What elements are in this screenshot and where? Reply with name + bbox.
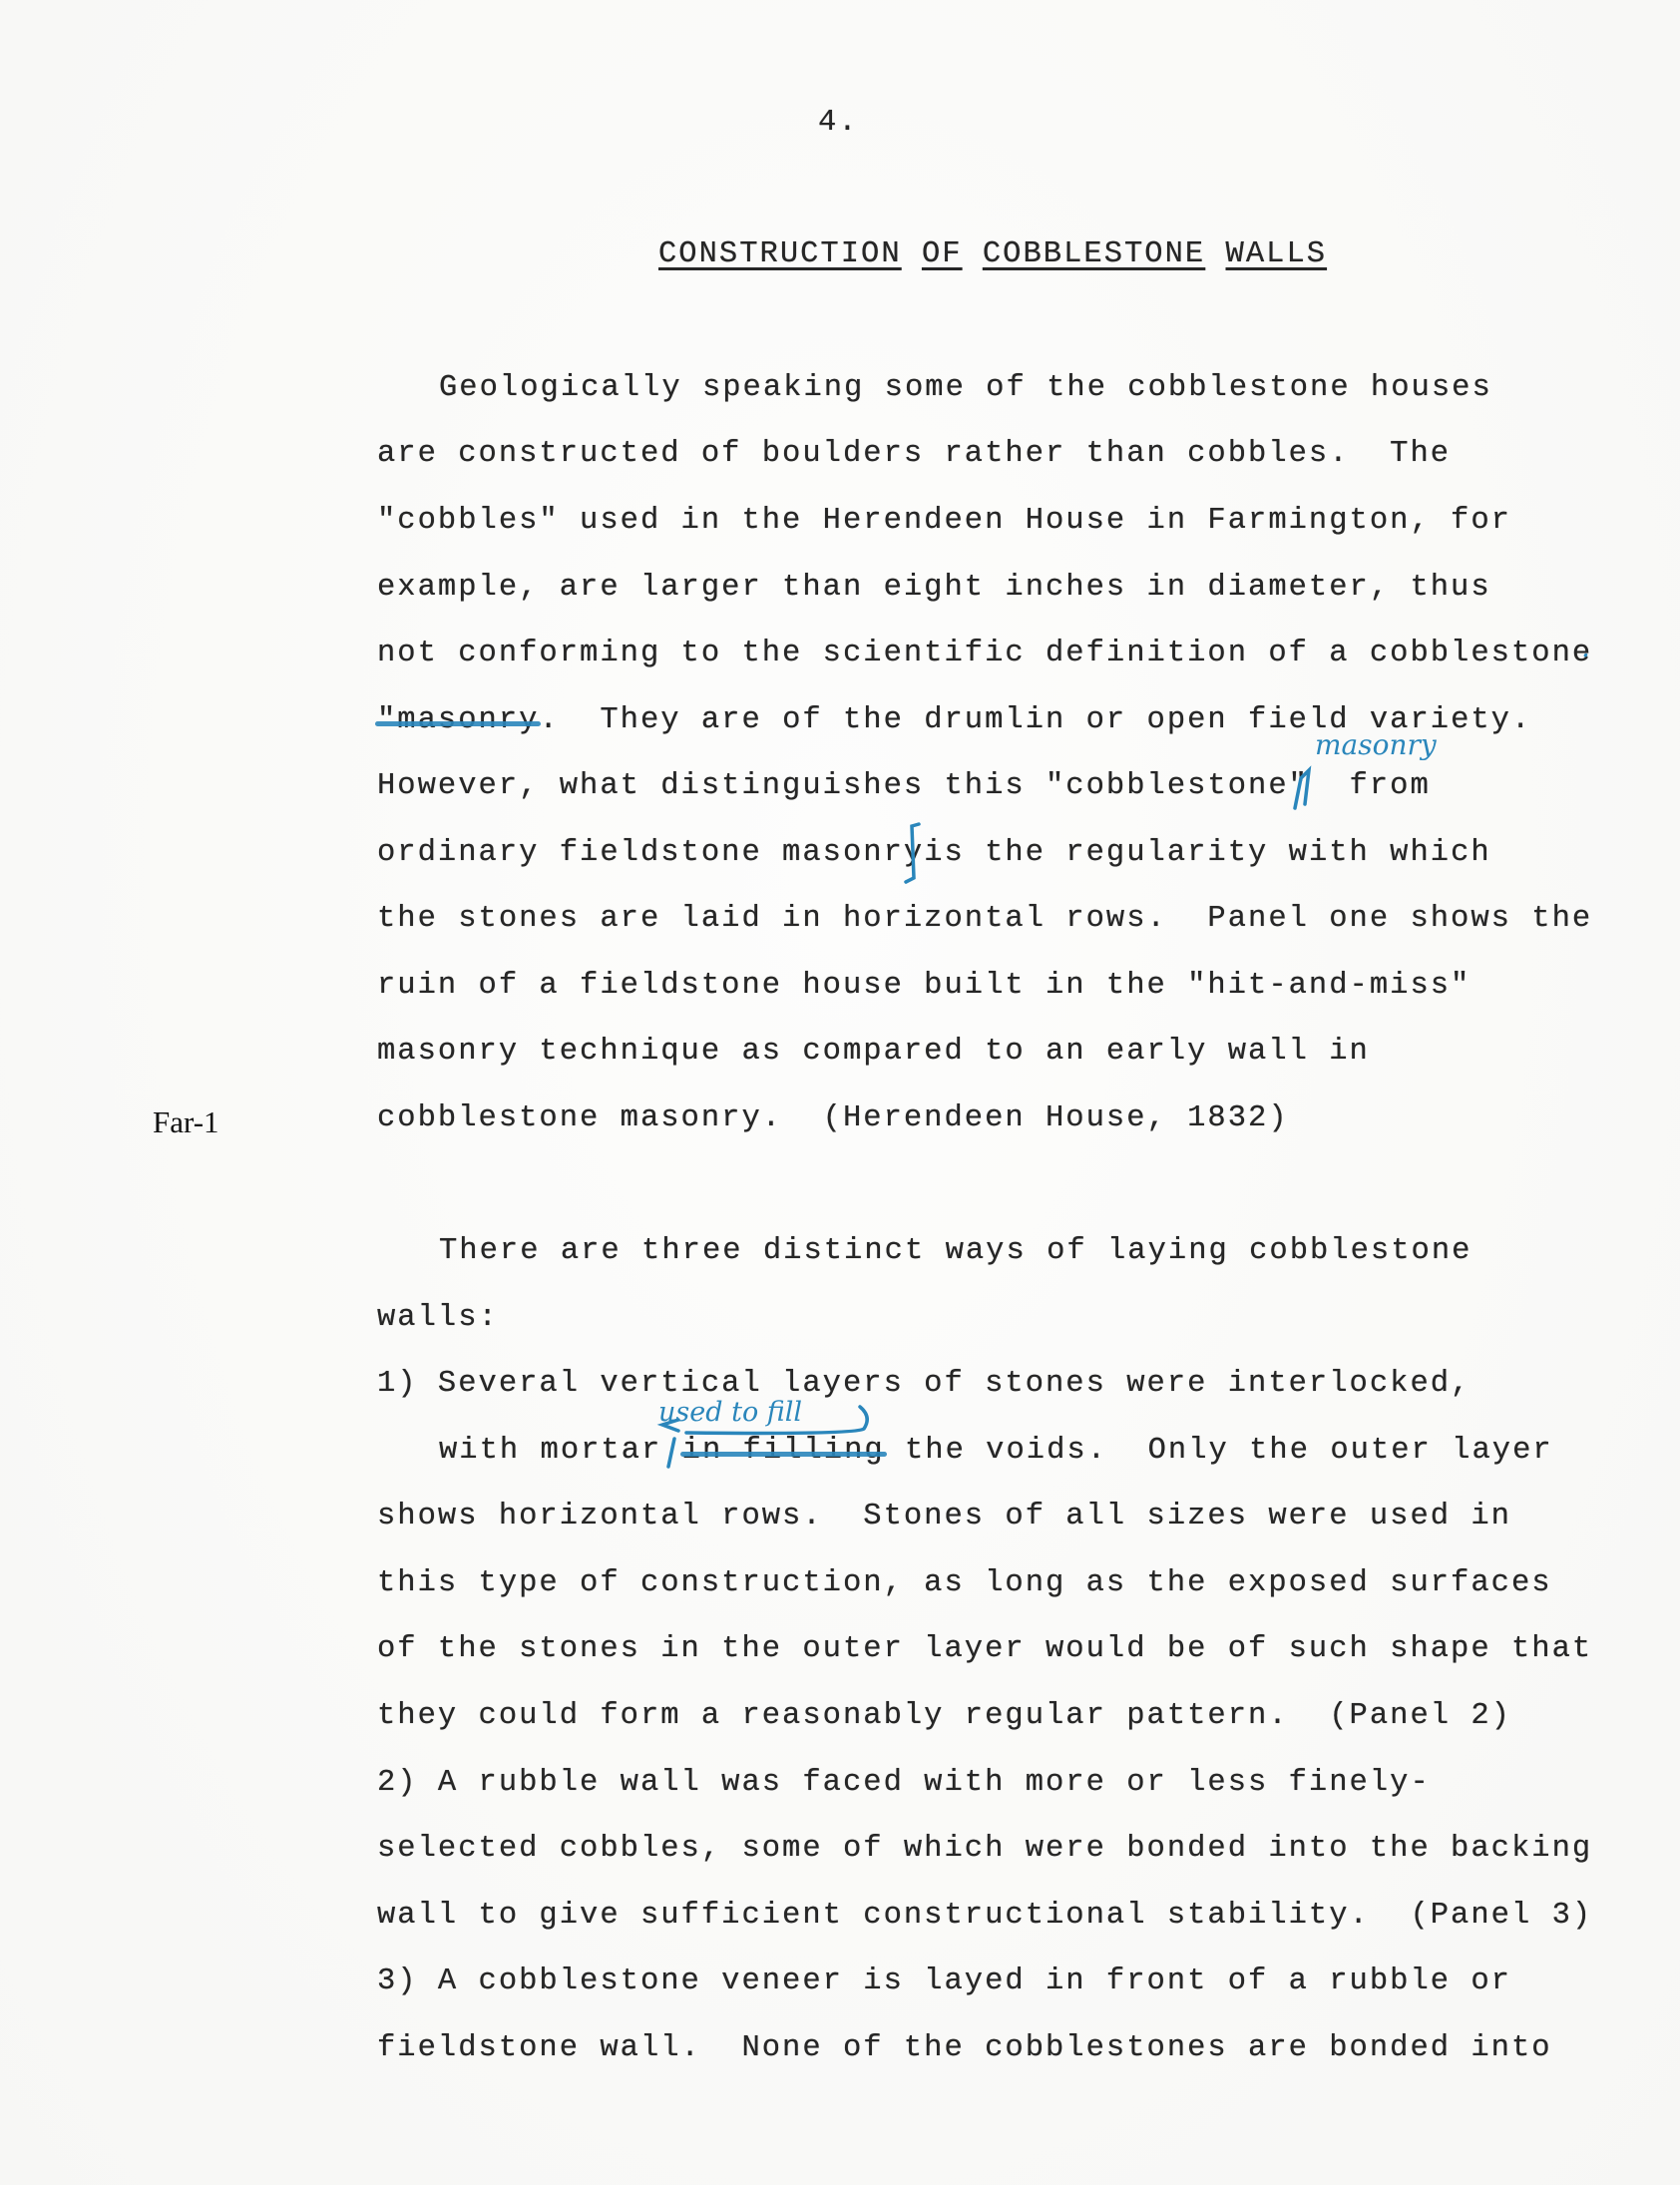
text-line: walls: bbox=[377, 1303, 499, 1334]
handwritten-insertion: used to fill bbox=[658, 1397, 802, 1428]
text-segment: with mortar bbox=[439, 1434, 682, 1468]
list-item-2: 2) A rubble wall was faced with more or … bbox=[377, 1768, 1431, 1799]
text-line: are constructed of boulders rather than … bbox=[377, 439, 1451, 470]
text-line: cobblestone masonry. (Herendeen House, 1… bbox=[377, 1103, 1289, 1134]
margin-note: Far-1 bbox=[153, 1104, 219, 1140]
section-title: CONSTRUCTION OF COBBLESTONE WALLS bbox=[658, 239, 1327, 270]
text-line: masonry technique as compared to an earl… bbox=[377, 1037, 1370, 1068]
title-word: COBBLESTONE bbox=[983, 237, 1205, 271]
text-line: selected cobbles, some of which were bon… bbox=[377, 1834, 1592, 1865]
text-line: example, are larger than eight inches in… bbox=[377, 573, 1491, 604]
struck-phrase: in filling bbox=[682, 1434, 885, 1468]
text-segment: ordinary fieldstone masonry bbox=[377, 836, 924, 870]
text-line: of the stones in the outer layer would b… bbox=[377, 1634, 1592, 1665]
text-line: the stones are laid in horizontal rows. … bbox=[377, 904, 1592, 935]
text-segment: the voids. Only the outer layer bbox=[885, 1434, 1553, 1468]
list-item-3: 3) A cobblestone veneer is layed in fron… bbox=[377, 1966, 1511, 1997]
title-word: CONSTRUCTION bbox=[658, 237, 902, 271]
text-segment: is the regularity with which bbox=[924, 836, 1490, 870]
text-line: wall to give sufficient constructional s… bbox=[377, 1901, 1592, 1932]
title-word: OF bbox=[922, 237, 963, 271]
text-line: they could form a reasonably regular pat… bbox=[377, 1701, 1511, 1732]
title-word: WALLS bbox=[1226, 237, 1328, 271]
text-line: ordinary fieldstone masonryis the regula… bbox=[377, 838, 1491, 869]
struck-word: "masonry bbox=[377, 703, 539, 737]
text-line: with mortar in filling the voids. Only t… bbox=[439, 1436, 1553, 1467]
handwritten-period: . bbox=[1581, 631, 1590, 663]
handwritten-insertion: masonry bbox=[1315, 728, 1437, 761]
document-page: 4. CONSTRUCTION OF COBBLESTONE WALLS Far… bbox=[0, 0, 1680, 2185]
text-line: Geologically speaking some of the cobble… bbox=[439, 373, 1492, 404]
text-line: ruin of a fieldstone house built in the … bbox=[377, 971, 1470, 1002]
text-line: There are three distinct ways of laying … bbox=[439, 1236, 1471, 1267]
text-line: shows horizontal rows. Stones of all siz… bbox=[377, 1502, 1511, 1532]
text-line: However, what distinguishes this "cobble… bbox=[377, 771, 1431, 802]
page-number: 4. bbox=[818, 108, 859, 139]
text-line: this type of construction, as long as th… bbox=[377, 1568, 1552, 1599]
text-line: not conforming to the scientific definit… bbox=[377, 639, 1592, 669]
text-line: "cobbles" used in the Herendeen House in… bbox=[377, 506, 1511, 537]
list-item-1: 1) Several vertical layers of stones wer… bbox=[377, 1369, 1470, 1400]
text-line: fieldstone wall. None of the cobblestone… bbox=[377, 2033, 1552, 2064]
